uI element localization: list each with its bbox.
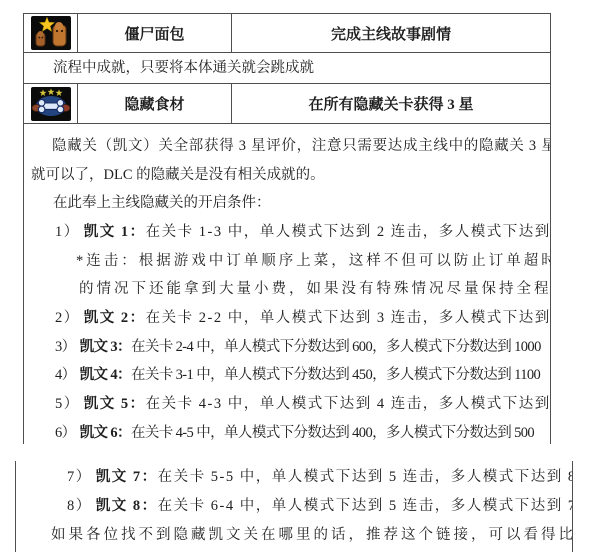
list-item-kevin-6: 6）凯文 6：在关卡 4-5 中，单人模式下分数达到 400，多人模式下分数达到…	[55, 423, 534, 443]
page-1: 僵尸面包 完成主线故事剧情 流程中成就，只要将本体通关就会跳成就	[23, 13, 551, 444]
item-number: 7）	[67, 469, 92, 485]
item-label: 凯文 5：	[84, 396, 146, 412]
item-number: 8）	[67, 498, 92, 514]
achievement-name-text: 隐藏食材	[124, 93, 184, 114]
document-canvas: 僵尸面包 完成主线故事剧情 流程中成就，只要将本体通关就会跳成就	[0, 0, 600, 552]
item-text: 在关卡 6-4 中，单人模式下达到 5 连击，多人模式下达到 7 连击	[158, 498, 573, 514]
achievement-note-text: 流程中成就，只要将本体通关就会跳成就	[53, 53, 314, 83]
achievement-row-hidden-ingredient: 隐藏食材 在所有隐藏关卡获得 3 星	[24, 84, 550, 124]
list-item-kevin-8: 8）凯文 8：在关卡 6-4 中，单人模式下达到 5 连击，多人模式下达到 7 …	[67, 496, 573, 516]
list-item-kevin-2: 2）凯文 2：在关卡 2-2 中，单人模式下达到 3 连击，多人模式下达到 5 …	[55, 308, 551, 328]
achievement-name-text: 僵尸面包	[124, 23, 184, 44]
item-label: 凯文 2：	[84, 310, 146, 326]
achievement-desc-text: 完成主线故事剧情	[331, 23, 451, 44]
item-label: 凯文 1：	[84, 224, 146, 240]
list-item-kevin-7: 7）凯文 7：在关卡 5-5 中，单人模式下达到 5 连击，多人模式下达到 8 …	[67, 467, 573, 487]
item-number: 4）	[55, 367, 76, 383]
item-text: 在关卡 3-1 中，单人模式下分数达到 450，多人模式下分数达到 1100	[131, 367, 540, 383]
item-label: 凯文 8：	[96, 498, 158, 514]
list-item-kevin-5: 5）凯文 5：在关卡 4-3 中，单人模式下达到 4 连击，多人模式下达到 5 …	[55, 394, 551, 414]
item-text: 在关卡 2-2 中，单人模式下达到 3 连击，多人模式下达到 5 连击	[146, 310, 551, 326]
achievement-icon-cell	[24, 14, 77, 52]
item-number: 6）	[55, 425, 76, 441]
achievement-desc: 在所有隐藏关卡获得 3 星	[232, 84, 550, 123]
achievement-note-row: 流程中成就，只要将本体通关就会跳成就	[24, 53, 550, 84]
list-item-kevin-1: 1）凯文 1：在关卡 1-3 中，单人模式下达到 2 连击，多人模式下达到 2 …	[55, 222, 551, 242]
item-label: 凯文 4：	[80, 367, 131, 383]
achievement-name: 僵尸面包	[77, 14, 232, 52]
item-number: 3）	[55, 339, 76, 355]
combo-note-line: *连击：根据游戏中订单顺序上菜，这样不但可以防止订单超时，再多连击	[76, 251, 551, 271]
item-text: 在关卡 4-3 中，单人模式下达到 4 连击，多人模式下达到 5 连击	[146, 396, 551, 412]
paragraph-line: 隐藏关（凯文）关全部获得 3 星评价，注意只需要达成主线中的隐藏关 3 星评价	[52, 136, 551, 156]
list-item-kevin-4: 4）凯文 4：在关卡 3-1 中，单人模式下分数达到 450，多人模式下分数达到…	[55, 365, 540, 385]
item-number: 2）	[55, 310, 80, 326]
item-text: 在关卡 2-4 中，单人模式下分数达到 600，多人模式下分数达到 1000	[131, 339, 541, 355]
achievement-desc-text: 在所有隐藏关卡获得 3 星	[308, 93, 473, 114]
section-heading: 在此奉上主线隐藏关的开启条件：	[53, 193, 271, 213]
zombie-bread-icon	[31, 16, 71, 50]
item-label: 凯文 6：	[80, 425, 131, 441]
page-2: 7）凯文 7：在关卡 5-5 中，单人模式下达到 5 连击，多人模式下达到 8 …	[15, 461, 573, 552]
item-label: 凯文 7：	[96, 469, 158, 485]
paragraph-line: 就可以了，DLC 的隐藏关是没有相关成就的。	[31, 165, 325, 185]
combo-note-line: 的情况下还能拿到大量小费，如果没有特殊情况尽量保持全程连击	[79, 279, 551, 299]
achievement-row-zombie-bread: 僵尸面包 完成主线故事剧情	[24, 14, 550, 53]
item-text: 在关卡 1-3 中，单人模式下达到 2 连击，多人模式下达到 2 连击	[146, 224, 551, 240]
item-text: 在关卡 4-5 中，单人模式下分数达到 400，多人模式下分数达到 500	[131, 425, 534, 441]
item-label: 凯文 3：	[80, 339, 131, 355]
item-number: 1）	[55, 224, 80, 240]
item-number: 5）	[55, 396, 80, 412]
list-item-kevin-3: 3）凯文 3：在关卡 2-4 中，单人模式下分数达到 600，多人模式下分数达到…	[55, 337, 541, 357]
achievement-name: 隐藏食材	[77, 84, 232, 123]
achievement-desc: 完成主线故事剧情	[232, 14, 550, 52]
closing-paragraph-line: 如果各位找不到隐藏凯文关在哪里的话，推荐这个链接，可以看得比较直	[51, 525, 573, 545]
hidden-ingredient-icon	[31, 87, 71, 121]
item-text: 在关卡 5-5 中，单人模式下达到 5 连击，多人模式下达到 8 连击	[158, 469, 573, 485]
achievement-icon-cell	[24, 84, 77, 123]
